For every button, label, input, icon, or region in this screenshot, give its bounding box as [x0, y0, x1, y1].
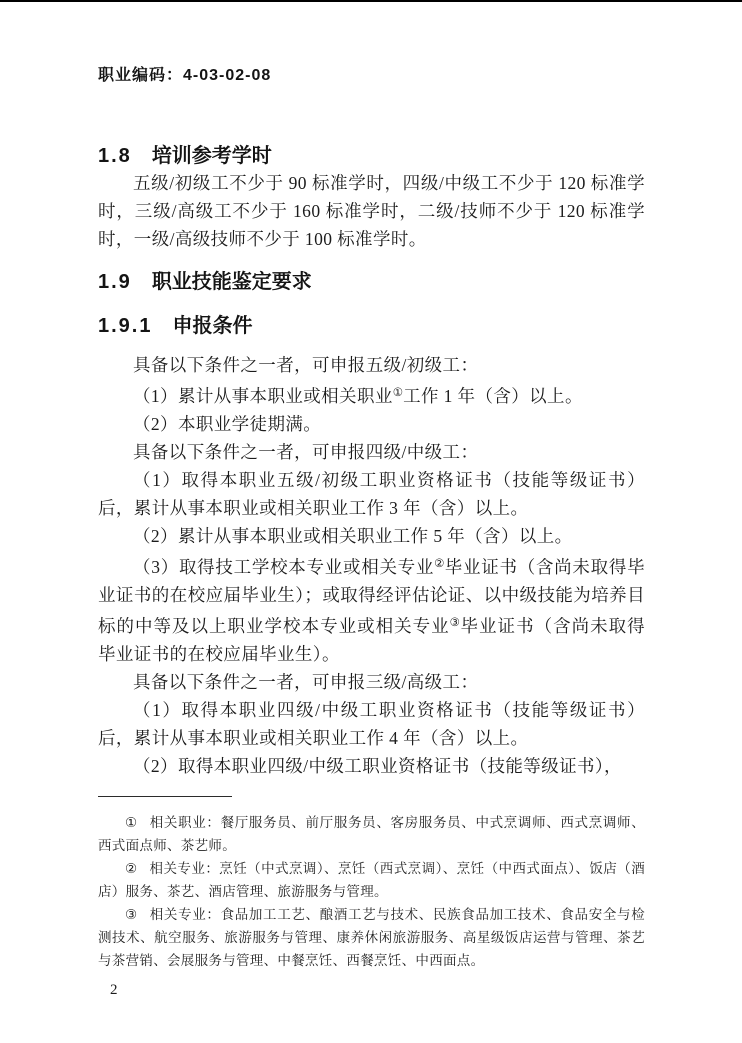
footnote-marker: ② [125, 861, 138, 876]
footnote-text: 相关专业：烹饪（中式烹调）、烹饪（西式烹调）、烹饪（中西式面点）、饭店（酒店）服… [98, 861, 645, 899]
page-content: 职业编码：4-03-02-08 1.8培训参考学时 五级/初级工不少于 90 标… [0, 62, 742, 999]
occupation-code: 职业编码：4-03-02-08 [98, 62, 645, 85]
paragraph-level4-item2: （2）累计从事本职业或相关职业工作 5 年（含）以上。 [98, 522, 645, 550]
heading-number: 1.8 [98, 143, 132, 169]
footnote-ref-2: ② [434, 558, 445, 570]
section-heading-1-9-1: 1.9.1申报条件 [98, 313, 645, 339]
paragraph-training-hours: 五级/初级工不少于 90 标准学时，四级/中级工不少于 120 标准学时，三级/… [98, 169, 645, 253]
paragraph-level3-intro: 具备以下条件之一者，可申报三级/高级工： [98, 668, 645, 696]
paragraph-level5-item1: （1）累计从事本职业或相关职业①工作 1 年（含）以上。 [98, 379, 645, 410]
paragraph-level5-item2: （2）本职业学徒期满。 [98, 410, 645, 438]
paragraph-text: （3）取得技工学校本专业或相关专业 [133, 557, 434, 577]
paragraph-level3-item1: （1）取得本职业四级/中级工职业资格证书（技能等级证书）后，累计从事本职业或相关… [98, 696, 645, 752]
top-edge-line [0, 0, 742, 2]
paragraph-text: （1）累计从事本职业或相关职业 [133, 386, 393, 406]
paragraph-level3-item2: （2）取得本职业四级/中级工职业资格证书（技能等级证书）， [98, 752, 645, 780]
paragraph-level4-item3: （3）取得技工学校本专业或相关专业②毕业证书（含尚未取得毕业证书的在校应届毕业生… [98, 550, 645, 668]
paragraph-level4-item1: （1）取得本职业五级/初级工职业资格证书（技能等级证书）后，累计从事本职业或相关… [98, 466, 645, 522]
heading-number: 1.9 [98, 269, 132, 295]
footnote-ref-1: ① [393, 387, 403, 399]
footnote-3: ③相关专业：食品加工工艺、酿酒工艺与技术、民族食品加工技术、食品安全与检测技术、… [98, 903, 645, 972]
heading-title: 职业技能鉴定要求 [152, 269, 312, 295]
heading-number: 1.9.1 [98, 313, 152, 339]
page: 职业编码：4-03-02-08 1.8培训参考学时 五级/初级工不少于 90 标… [0, 0, 742, 1043]
footnote-marker: ① [125, 815, 138, 830]
paragraph-level5-intro: 具备以下条件之一者，可申报五级/初级工： [98, 351, 645, 379]
heading-title: 培训参考学时 [152, 143, 272, 169]
page-number: 2 [98, 982, 645, 999]
footnote-text: 相关职业：餐厅服务员、前厅服务员、客房服务员、中式烹调师、西式烹调师、西式面点师… [98, 815, 645, 853]
application-conditions-body: 具备以下条件之一者，可申报五级/初级工： （1）累计从事本职业或相关职业①工作 … [98, 351, 645, 780]
section-heading-1-8: 1.8培训参考学时 [98, 143, 645, 169]
paragraph-level4-intro: 具备以下条件之一者，可申报四级/中级工： [98, 438, 645, 466]
footnote-1: ①相关职业：餐厅服务员、前厅服务员、客房服务员、中式烹调师、西式烹调师、西式面点… [98, 811, 645, 857]
heading-title: 申报条件 [172, 313, 252, 339]
section-heading-1-9: 1.9职业技能鉴定要求 [98, 269, 645, 295]
footnote-ref-3: ③ [450, 617, 461, 629]
footnote-divider [98, 796, 232, 797]
footnotes: ①相关职业：餐厅服务员、前厅服务员、客房服务员、中式烹调师、西式烹调师、西式面点… [98, 811, 645, 972]
footnote-2: ②相关专业：烹饪（中式烹调）、烹饪（西式烹调）、烹饪（中西式面点）、饭店（酒店）… [98, 857, 645, 903]
footnote-marker: ③ [125, 907, 138, 922]
paragraph-text: 工作 1 年（含）以上。 [403, 386, 583, 406]
footnote-text: 相关专业：食品加工工艺、酿酒工艺与技术、民族食品加工技术、食品安全与检测技术、航… [98, 907, 645, 968]
